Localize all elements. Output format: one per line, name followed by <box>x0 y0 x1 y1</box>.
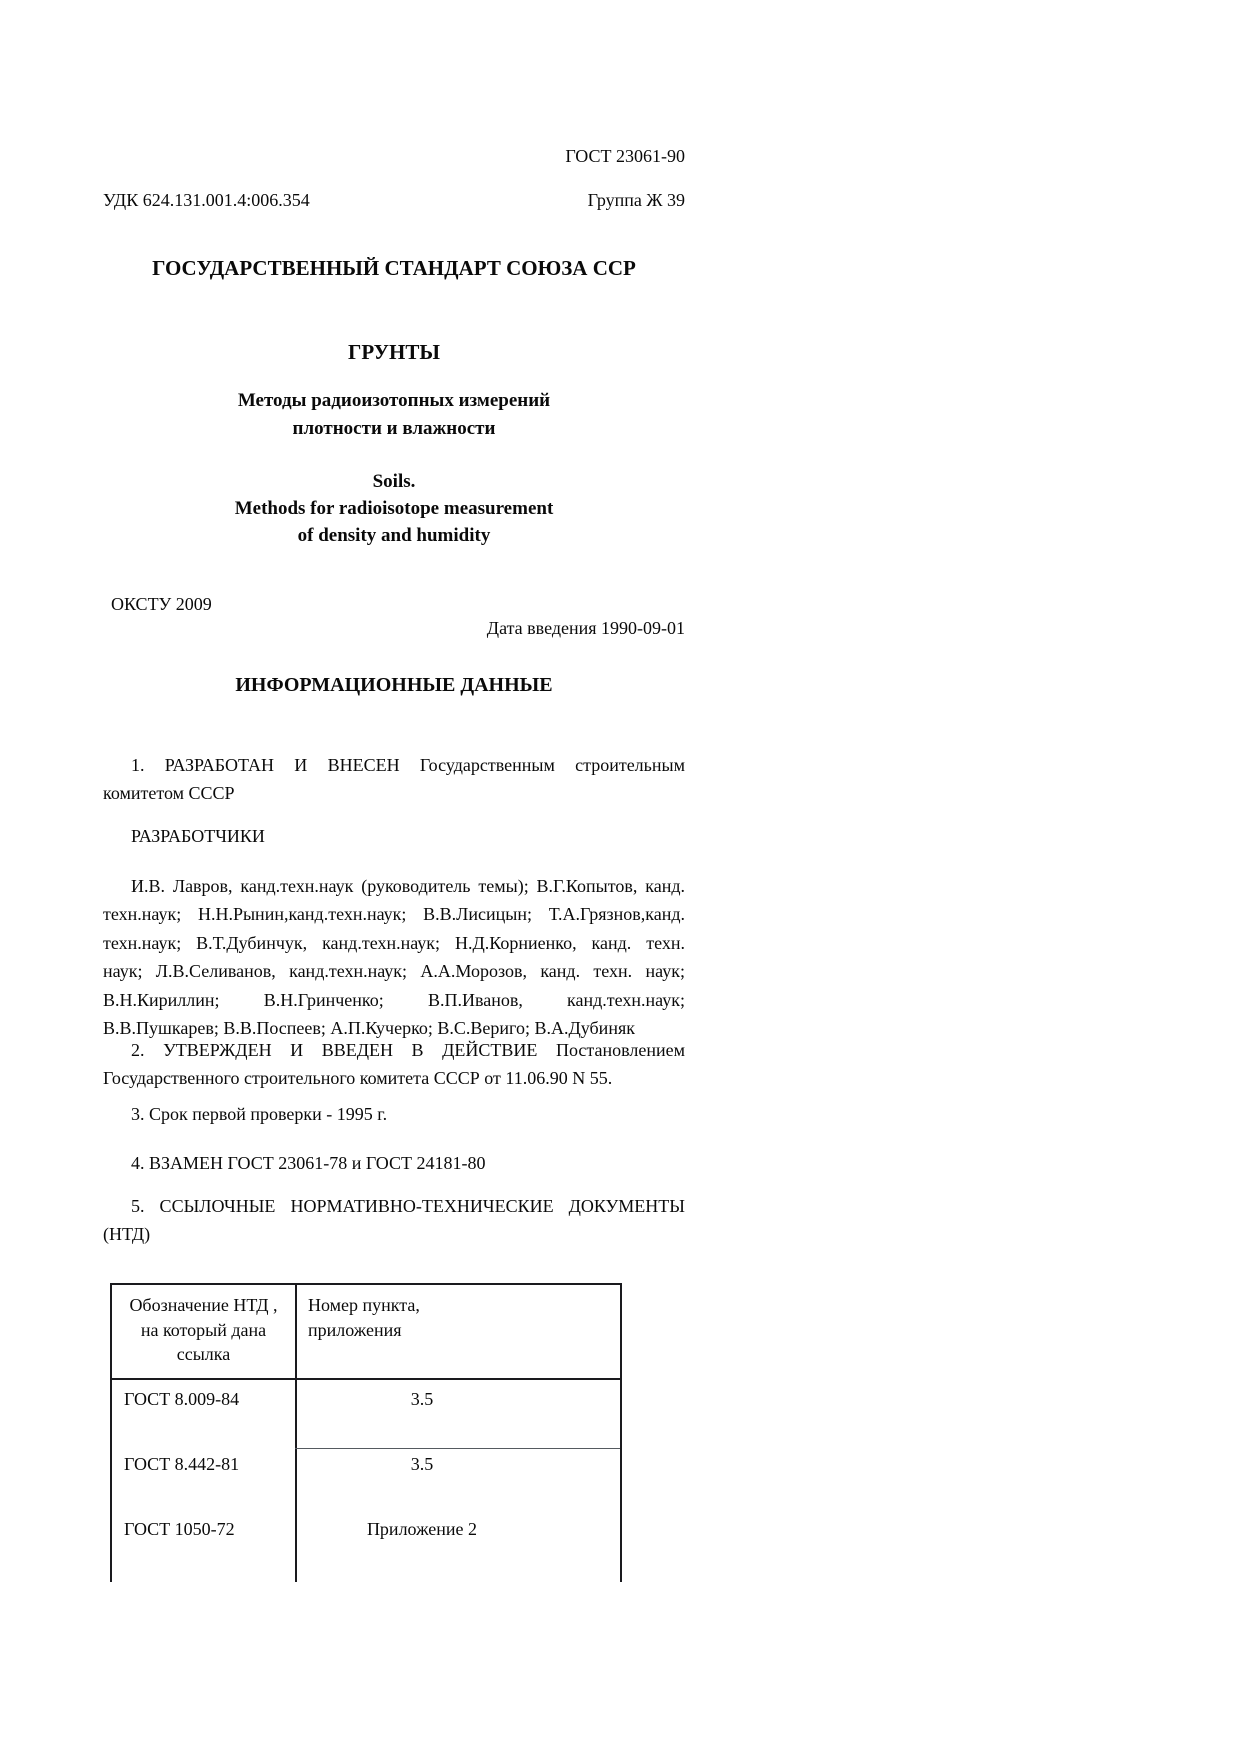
table-row-2-ntd: ГОСТ 8.442-81 <box>124 1452 292 1476</box>
introduction-date: Дата введения 1990-09-01 <box>103 614 685 642</box>
developers-line-2: техн.наук; Н.Н.Рынин,канд.техн.наук; В.В… <box>103 900 685 928</box>
doc-number: ГОСТ 23061-90 <box>103 142 685 170</box>
info-item-1-line-1: 1. РАЗРАБОТАН И ВНЕСЕН Государственным с… <box>103 751 685 779</box>
subtitle-en-line-3: of density and humidity <box>103 522 685 549</box>
group-code: Группа Ж 39 <box>588 186 685 214</box>
subtitle-ru-line-1: Методы радиоизотопных измерений <box>103 387 685 415</box>
info-item-2-line-2: Государственного строительного комитета … <box>103 1064 685 1092</box>
info-item-5-line-1: 5. ССЫЛОЧНЫЕ НОРМАТИВНО-ТЕХНИЧЕСКИЕ ДОКУ… <box>103 1192 685 1220</box>
developers-list: И.В. Лавров, канд.техн.наук (руководител… <box>103 872 685 1042</box>
table-header-ntd: Обозначение НТД , на который дана ссылка <box>112 1293 295 1367</box>
table-header-ref-line-1: Номер пункта, <box>308 1293 608 1318</box>
info-item-1: 1. РАЗРАБОТАН И ВНЕСЕН Государственным с… <box>103 751 685 808</box>
udk-code: УДК 624.131.001.4:006.354 <box>103 186 310 214</box>
table-header-ntd-line-3: ссылка <box>112 1342 295 1367</box>
developers-line-5: В.Н.Кириллин; В.Н.Гринченко; В.П.Иванов,… <box>103 986 685 1014</box>
table-header-ref: Номер пункта, приложения <box>308 1293 608 1342</box>
table-header-separator <box>112 1378 620 1380</box>
developers-line-4: наук; Л.В.Селиванов, канд.техн.наук; А.А… <box>103 957 685 985</box>
info-item-5: 5. ССЫЛОЧНЫЕ НОРМАТИВНО-ТЕХНИЧЕСКИЕ ДОКУ… <box>103 1192 685 1249</box>
table-header-ref-line-2: приложения <box>308 1318 608 1343</box>
table-row-2-ref: 3.5 <box>297 1452 547 1476</box>
subtitle-en-line-2: Methods for radioisotope measurement <box>103 495 685 522</box>
table-header-ntd-line-1: Обозначение НТД , <box>112 1293 295 1318</box>
table-header-ntd-line-2: на который дана <box>112 1318 295 1343</box>
standard-title: ГОСУДАРСТВЕННЫЙ СТАНДАРТ СОЮЗА ССР <box>103 255 685 282</box>
subtitle-en-line-1: Soils. <box>103 468 685 495</box>
table-row-3-ntd: ГОСТ 1050-72 <box>124 1517 292 1541</box>
developers-label: РАЗРАБОТЧИКИ <box>103 822 685 850</box>
subtitle-english: Soils. Methods for radioisotope measurem… <box>103 468 685 549</box>
section-heading: ИНФОРМАЦИОННЫЕ ДАННЫЕ <box>103 671 685 699</box>
developers-line-3: техн.наук; В.Т.Дубинчук, канд.техн.наук;… <box>103 929 685 957</box>
table-row-3-ref: Приложение 2 <box>297 1517 547 1541</box>
developers-line-1: И.В. Лавров, канд.техн.наук (руководител… <box>103 872 685 900</box>
udk-group-row: УДК 624.131.001.4:006.354 Группа Ж 39 <box>103 186 685 214</box>
subtitle-russian: Методы радиоизотопных измерений плотност… <box>103 387 685 443</box>
info-item-4: 4. ВЗАМЕН ГОСТ 23061-78 и ГОСТ 24181-80 <box>103 1149 685 1177</box>
document-page: ГОСТ 23061-90 УДК 624.131.001.4:006.354 … <box>0 0 1240 1755</box>
info-item-2-line-1: 2. УТВЕРЖДЕН И ВВЕДЕН В ДЕЙСТВИЕ Постано… <box>103 1036 685 1064</box>
info-item-1-line-2: комитетом СССР <box>103 779 685 807</box>
ntd-reference-table: Обозначение НТД , на который дана ссылка… <box>110 1283 622 1582</box>
info-item-5-line-2: (НТД) <box>103 1220 685 1248</box>
info-item-3: 3. Срок первой проверки - 1995 г. <box>103 1100 685 1128</box>
info-item-2: 2. УТВЕРЖДЕН И ВВЕДЕН В ДЕЙСТВИЕ Постано… <box>103 1036 685 1093</box>
table-row-separator <box>295 1448 620 1449</box>
table-row-1-ref: 3.5 <box>297 1387 547 1411</box>
subject-title: ГРУНТЫ <box>103 339 685 366</box>
subtitle-ru-line-2: плотности и влажности <box>103 415 685 443</box>
table-row-1-ntd: ГОСТ 8.009-84 <box>124 1387 292 1411</box>
